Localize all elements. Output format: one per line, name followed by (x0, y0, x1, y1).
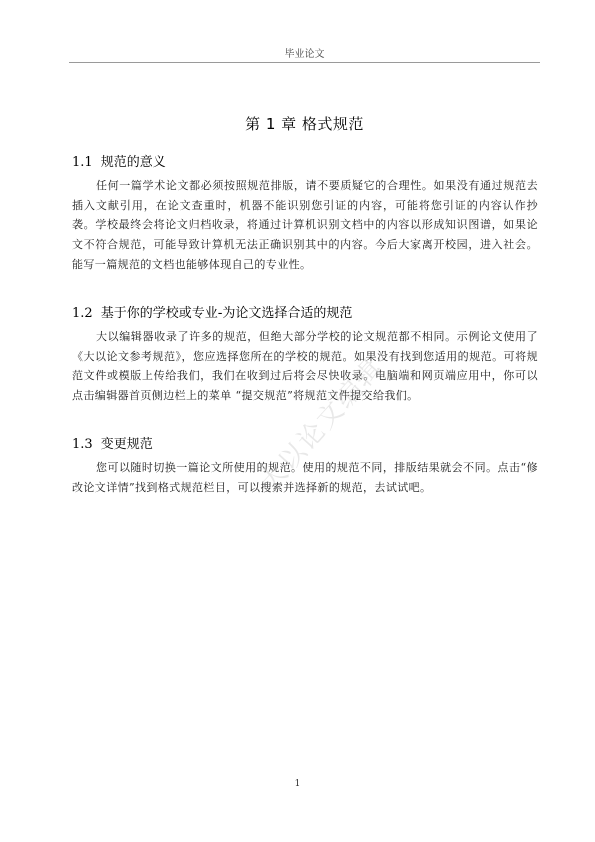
section-paragraph: 大以编辑器收录了许多的规范，但绝大部分学校的论文规范都不相同。示例论文使用了《大… (72, 327, 538, 406)
section-1-3: 1.3变更规范 您可以随时切换一篇论文所使用的规范。使用的规范不同，排版结果就会… (72, 435, 538, 497)
section-heading: 1.2基于你的学校或专业-为论文选择合适的规范 (72, 304, 538, 324)
section-heading: 1.3变更规范 (72, 435, 538, 455)
section-title: 规范的意义 (101, 155, 166, 170)
section-number: 1.3 (72, 437, 93, 452)
document-page: 毕业论文 第 1 章 格式规范 1.1规范的意义 任何一篇学术论文都必须按照规范… (0, 0, 595, 842)
page-header: 毕业论文 (69, 47, 540, 63)
section-number: 1.1 (72, 155, 93, 170)
section-paragraph: 您可以随时切换一篇论文所使用的规范。使用的规范不同，排版结果就会不同。点击“修改… (72, 458, 538, 497)
section-title: 变更规范 (101, 437, 153, 452)
section-heading: 1.1规范的意义 (72, 153, 538, 173)
section-title: 基于你的学校或专业-为论文选择合适的规范 (101, 306, 353, 321)
chapter-title: 第 1 章 格式规范 (69, 113, 540, 135)
page-number: 1 (0, 778, 595, 790)
section-number: 1.2 (72, 306, 93, 321)
section-paragraph: 任何一篇学术论文都必须按照规范排版，请不要质疑它的合理性。如果没有通过规范去插入… (72, 176, 538, 275)
section-1-1: 1.1规范的意义 任何一篇学术论文都必须按照规范排版，请不要质疑它的合理性。如果… (72, 153, 538, 275)
section-1-2: 1.2基于你的学校或专业-为论文选择合适的规范 大以编辑器收录了许多的规范，但绝… (72, 304, 538, 406)
header-title: 毕业论文 (285, 49, 325, 60)
